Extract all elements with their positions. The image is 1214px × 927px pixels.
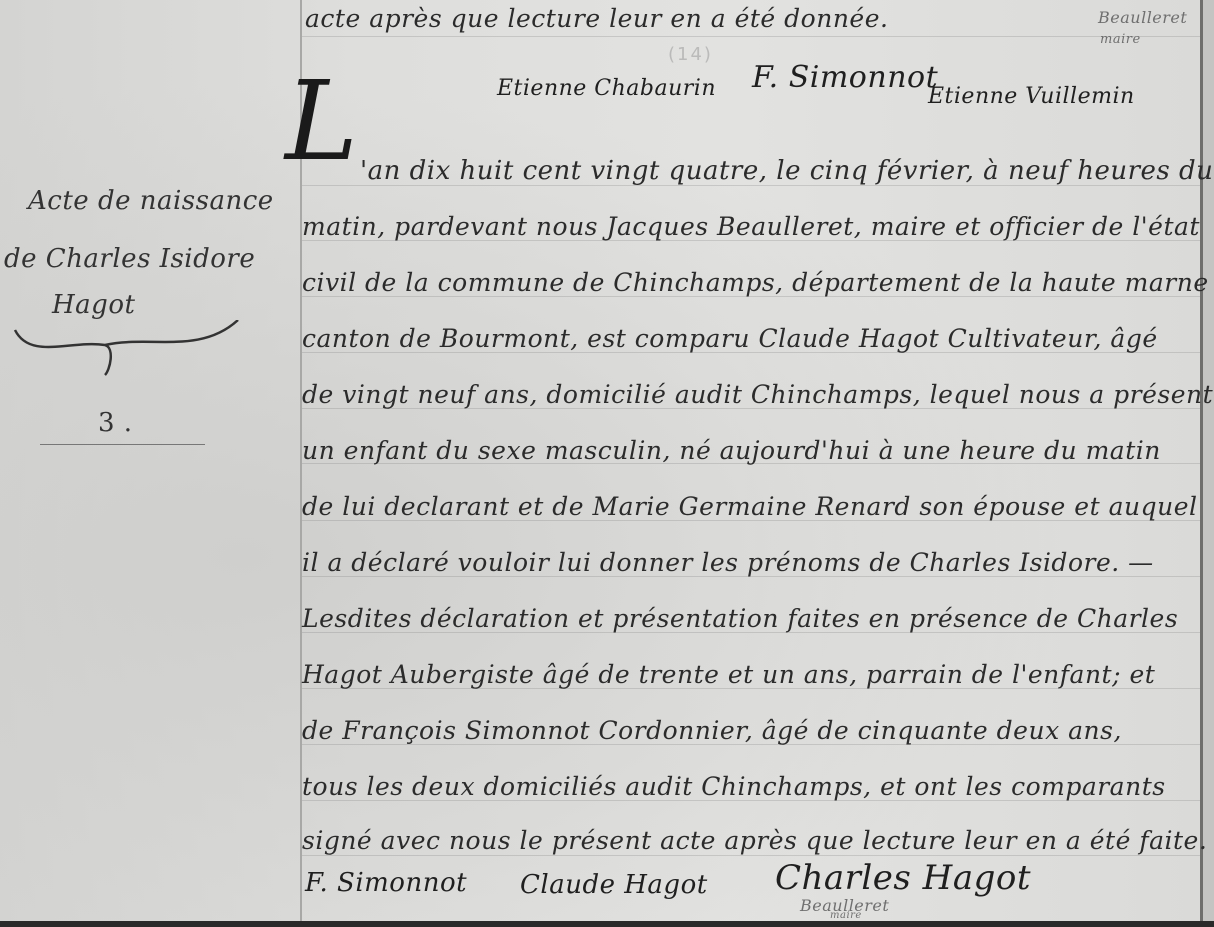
margin-title-line1: Acte de naissance [28,186,274,216]
document-page: acte après que lecture leur en a été don… [0,0,1214,927]
body-line-1: 'an dix huit cent vingt quatre, le cinq … [360,156,1213,186]
previous-act-closing: acte après que lecture leur en a été don… [305,4,888,33]
body-line-7: de lui declarant et de Marie Germaine Re… [302,492,1198,521]
signature-vuillemin: Etienne Vuillemin [928,84,1135,109]
margin-title-line3: Hagot [52,290,135,320]
flourish-decoration [10,320,240,380]
body-line-12: tous les deux domiciliés audit Chinchamp… [302,772,1166,801]
body-line-9: Lesdites déclaration et présentation fai… [302,604,1178,633]
signature-father: Claude Hagot [520,870,708,900]
scan-border [0,921,1214,927]
page-gutter [1203,0,1214,927]
ruled-line [302,36,1200,37]
decorative-initial: L [285,66,358,176]
body-line-8: il a déclaré vouloir lui donner les prén… [302,548,1154,577]
mayor-title: maire [830,910,862,921]
body-line-10: Hagot Aubergiste âgé de trente et un ans… [302,660,1155,689]
signature-witness: F. Simonnot [305,868,467,898]
body-line-13: signé avec nous le présent acte après qu… [302,826,1207,855]
stamp-mark: (14) [668,44,713,65]
mayor-title-previous: maire [1100,32,1141,47]
margin-title-line2: de Charles Isidore [4,244,255,274]
entry-number-underline [40,444,205,445]
body-line-2: matin, pardevant nous Jacques Beaulleret… [302,212,1200,241]
entry-number: 3 . [98,408,133,438]
body-line-11: de François Simonnot Cordonnier, âgé de … [302,716,1122,745]
ruled-line [302,855,1200,856]
mayor-signature-previous: Beaulleret [1098,8,1187,27]
signature-godfather: Charles Hagot [775,858,1031,898]
body-line-6: un enfant du sexe masculin, né aujourd'h… [302,436,1161,465]
signature-simonnot-previous: F. Simonnot [752,60,938,95]
body-line-4: canton de Bourmont, est comparu Claude H… [302,324,1158,353]
body-line-5: de vingt neuf ans, domicilié audit Chinc… [302,380,1214,409]
signature-chabaurin: Etienne Chabaurin [497,76,716,101]
body-line-3: civil de la commune de Chinchamps, dépar… [302,268,1209,297]
